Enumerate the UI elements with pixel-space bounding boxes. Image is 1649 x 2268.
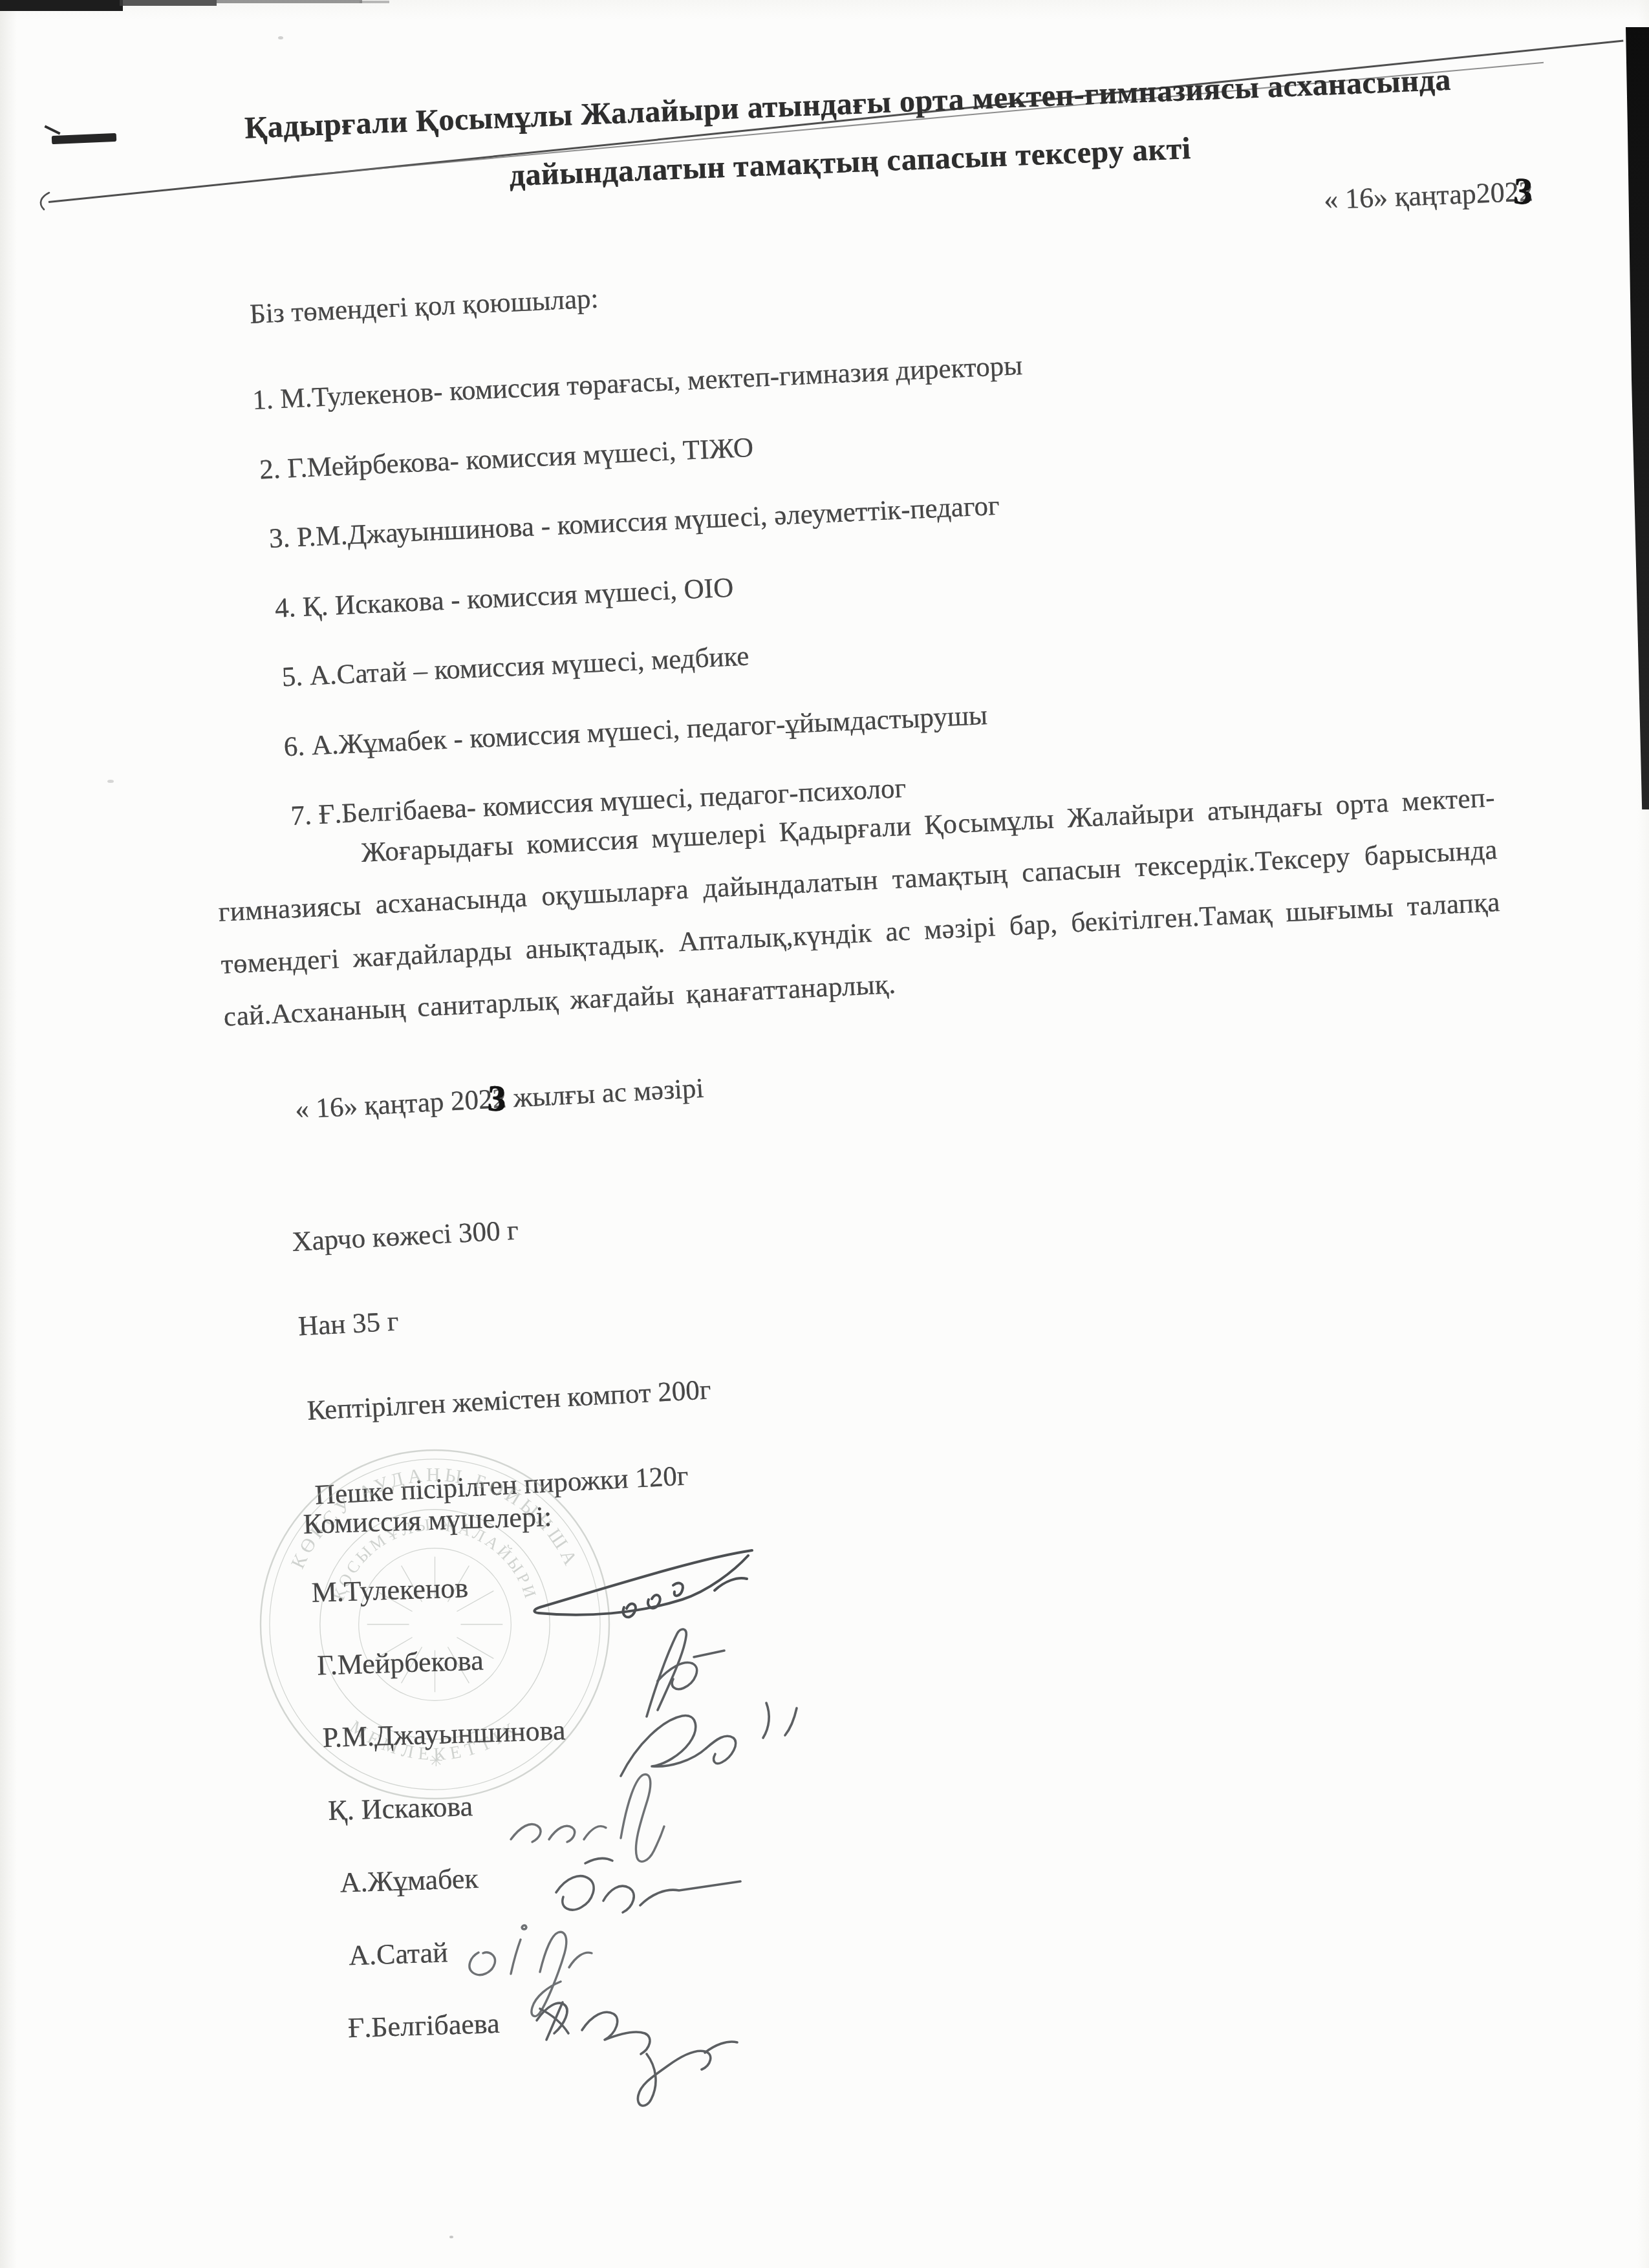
scan-smudge-top-left — [0, 0, 123, 11]
signer-name-2: Г.Мейрбекова — [308, 1621, 565, 1702]
handwritten-digit: 3 — [486, 1077, 506, 1120]
scan-line-hook — [36, 191, 52, 211]
pen-dash-tick — [44, 125, 60, 135]
intro-line: Біз төмендегі қол қоюшылар: — [249, 283, 599, 330]
menu-date-text: « 16» қаңтар 202 — [294, 1084, 493, 1125]
menu-heading-suffix: жылғы ас мәзірі — [506, 1073, 705, 1114]
pen-dash-mark — [52, 133, 116, 144]
date-text: « 16» қаңтар202 — [1323, 176, 1519, 215]
menu-heading: « 16» қаңтар 20223 жылғы ас мәзірі — [294, 1073, 705, 1126]
signature-tulekenov — [488, 1531, 760, 1631]
scan-smudge-top-3 — [213, 0, 362, 3]
dust-speck — [107, 780, 114, 783]
commission-member-list: 1. М.Тулекенов- комиссия төрағасы, мекте… — [251, 331, 1043, 852]
overwritten-year-digit: 23 — [1518, 175, 1534, 208]
scan-smudge-top-4 — [360, 1, 389, 3]
scanned-document-page: { "header": { "title_line1": "Қадырғали … — [0, 0, 1649, 2268]
document-date: « 16» қаңтар20223 — [1183, 175, 1534, 222]
dust-speck — [449, 2236, 453, 2238]
signature-belgibaeva — [501, 1975, 805, 2127]
scan-edge-shadow — [1620, 27, 1649, 809]
dust-speck — [278, 36, 283, 39]
scan-smudge-top-2 — [120, 0, 217, 6]
handwritten-digit: 3 — [1513, 169, 1533, 213]
overwritten-year-digit-menu: 23 — [491, 1083, 507, 1115]
